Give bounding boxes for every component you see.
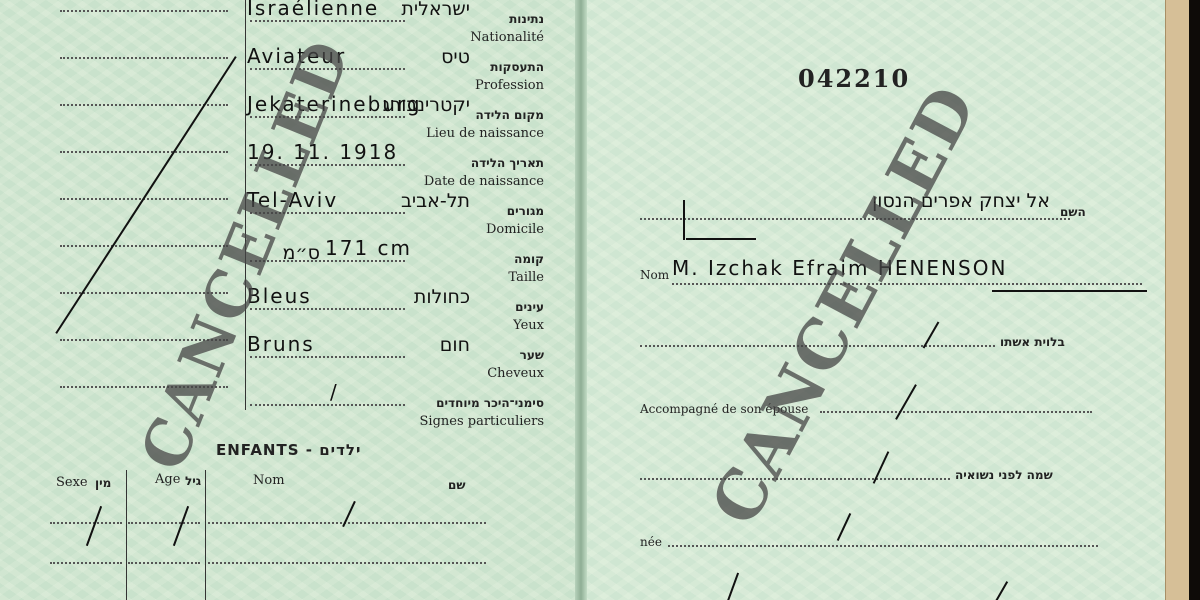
field-value-he-profession: טיס (441, 46, 470, 68)
blank-dotted-line (60, 57, 228, 59)
children-col-divider (205, 470, 206, 600)
children-line (50, 562, 122, 564)
col-sex-fr: Sexe (56, 475, 88, 490)
field-label-fr-birthdate: Date de naissance (424, 174, 544, 189)
name-label-fr: Nom (640, 268, 669, 282)
blank-dotted-line (60, 151, 228, 153)
field-label-fr-height: Taille (508, 270, 544, 285)
field-label-he-marks: סימני־היכר מיוחדים (436, 396, 544, 410)
wife-label-he: בלוית אשתו (1000, 335, 1065, 349)
children-col-divider (126, 470, 127, 600)
children-line (50, 522, 122, 524)
surname-underline (992, 290, 1147, 292)
maiden-label-he: שמה לפני נשואיה (955, 468, 1053, 482)
field-label-he-domicile: מגורים (507, 204, 544, 218)
col-name-he: שם (448, 478, 465, 492)
col-name-fr: Nom (253, 473, 285, 488)
field-value-he-domicile: תל-אביב (401, 190, 470, 212)
field-value-he-hair: חום (440, 334, 470, 356)
page-edge (1165, 0, 1190, 600)
handwritten-mark (683, 200, 685, 240)
maiden-fr-line (668, 545, 1098, 547)
field-label-he-nationality: נתינות (509, 12, 544, 26)
field-line (250, 356, 405, 358)
field-line (250, 308, 405, 310)
children-line (208, 562, 486, 564)
field-line (250, 20, 405, 22)
children-line (128, 562, 200, 564)
field-label-fr-nationality: Nationalité (470, 30, 544, 45)
field-value-fr-nationality: Israélienne (247, 0, 379, 20)
passport-spine (575, 0, 587, 600)
name-label-he: השם (1060, 205, 1086, 219)
wife-fr-line (820, 411, 1092, 413)
field-value-he-eyes: כחולות (414, 286, 470, 308)
col-age-fr: Age (155, 472, 180, 487)
field-label-he-birthplace: מקום הלידה (475, 108, 544, 122)
field-value-fr-marks: / (330, 380, 339, 404)
field-line (250, 404, 405, 406)
field-label-fr-birthplace: Lieu de naissance (426, 126, 544, 141)
field-label-he-profession: התעסקות (490, 60, 544, 74)
field-label-he-height: קומה (514, 252, 544, 266)
field-label-fr-domicile: Domicile (486, 222, 544, 237)
field-value-fr-height: 171 cm (325, 236, 412, 260)
field-label-he-eyes: עינים (515, 300, 544, 314)
field-label-he-hair: שער (520, 348, 544, 362)
maiden-label-fr: née (640, 535, 662, 549)
cover-edge (1189, 0, 1200, 600)
blank-dotted-line (60, 10, 228, 12)
passport-serial-number: 042210 (798, 64, 910, 93)
children-line (128, 522, 200, 524)
col-sex-he: מין (95, 476, 111, 490)
children-line (208, 522, 486, 524)
name-fr-line (672, 283, 1142, 285)
field-label-fr-profession: Profession (475, 78, 544, 93)
field-label-fr-marks: Signes particuliers (420, 414, 544, 429)
field-label-fr-eyes: Yeux (513, 318, 544, 333)
field-value-he-nationality: ישראלית (401, 0, 470, 20)
field-label-he-birthdate: תאריך הלידה (471, 156, 544, 170)
field-label-fr-hair: Cheveux (487, 366, 544, 381)
underline-mark (686, 238, 756, 240)
children-title: ENFANTS - ילדים (216, 441, 361, 459)
field-value-he-birthplace: יקטרינבורג (383, 94, 470, 116)
field-value-fr-hair: Bruns (247, 332, 315, 356)
blank-dotted-line (60, 245, 228, 247)
